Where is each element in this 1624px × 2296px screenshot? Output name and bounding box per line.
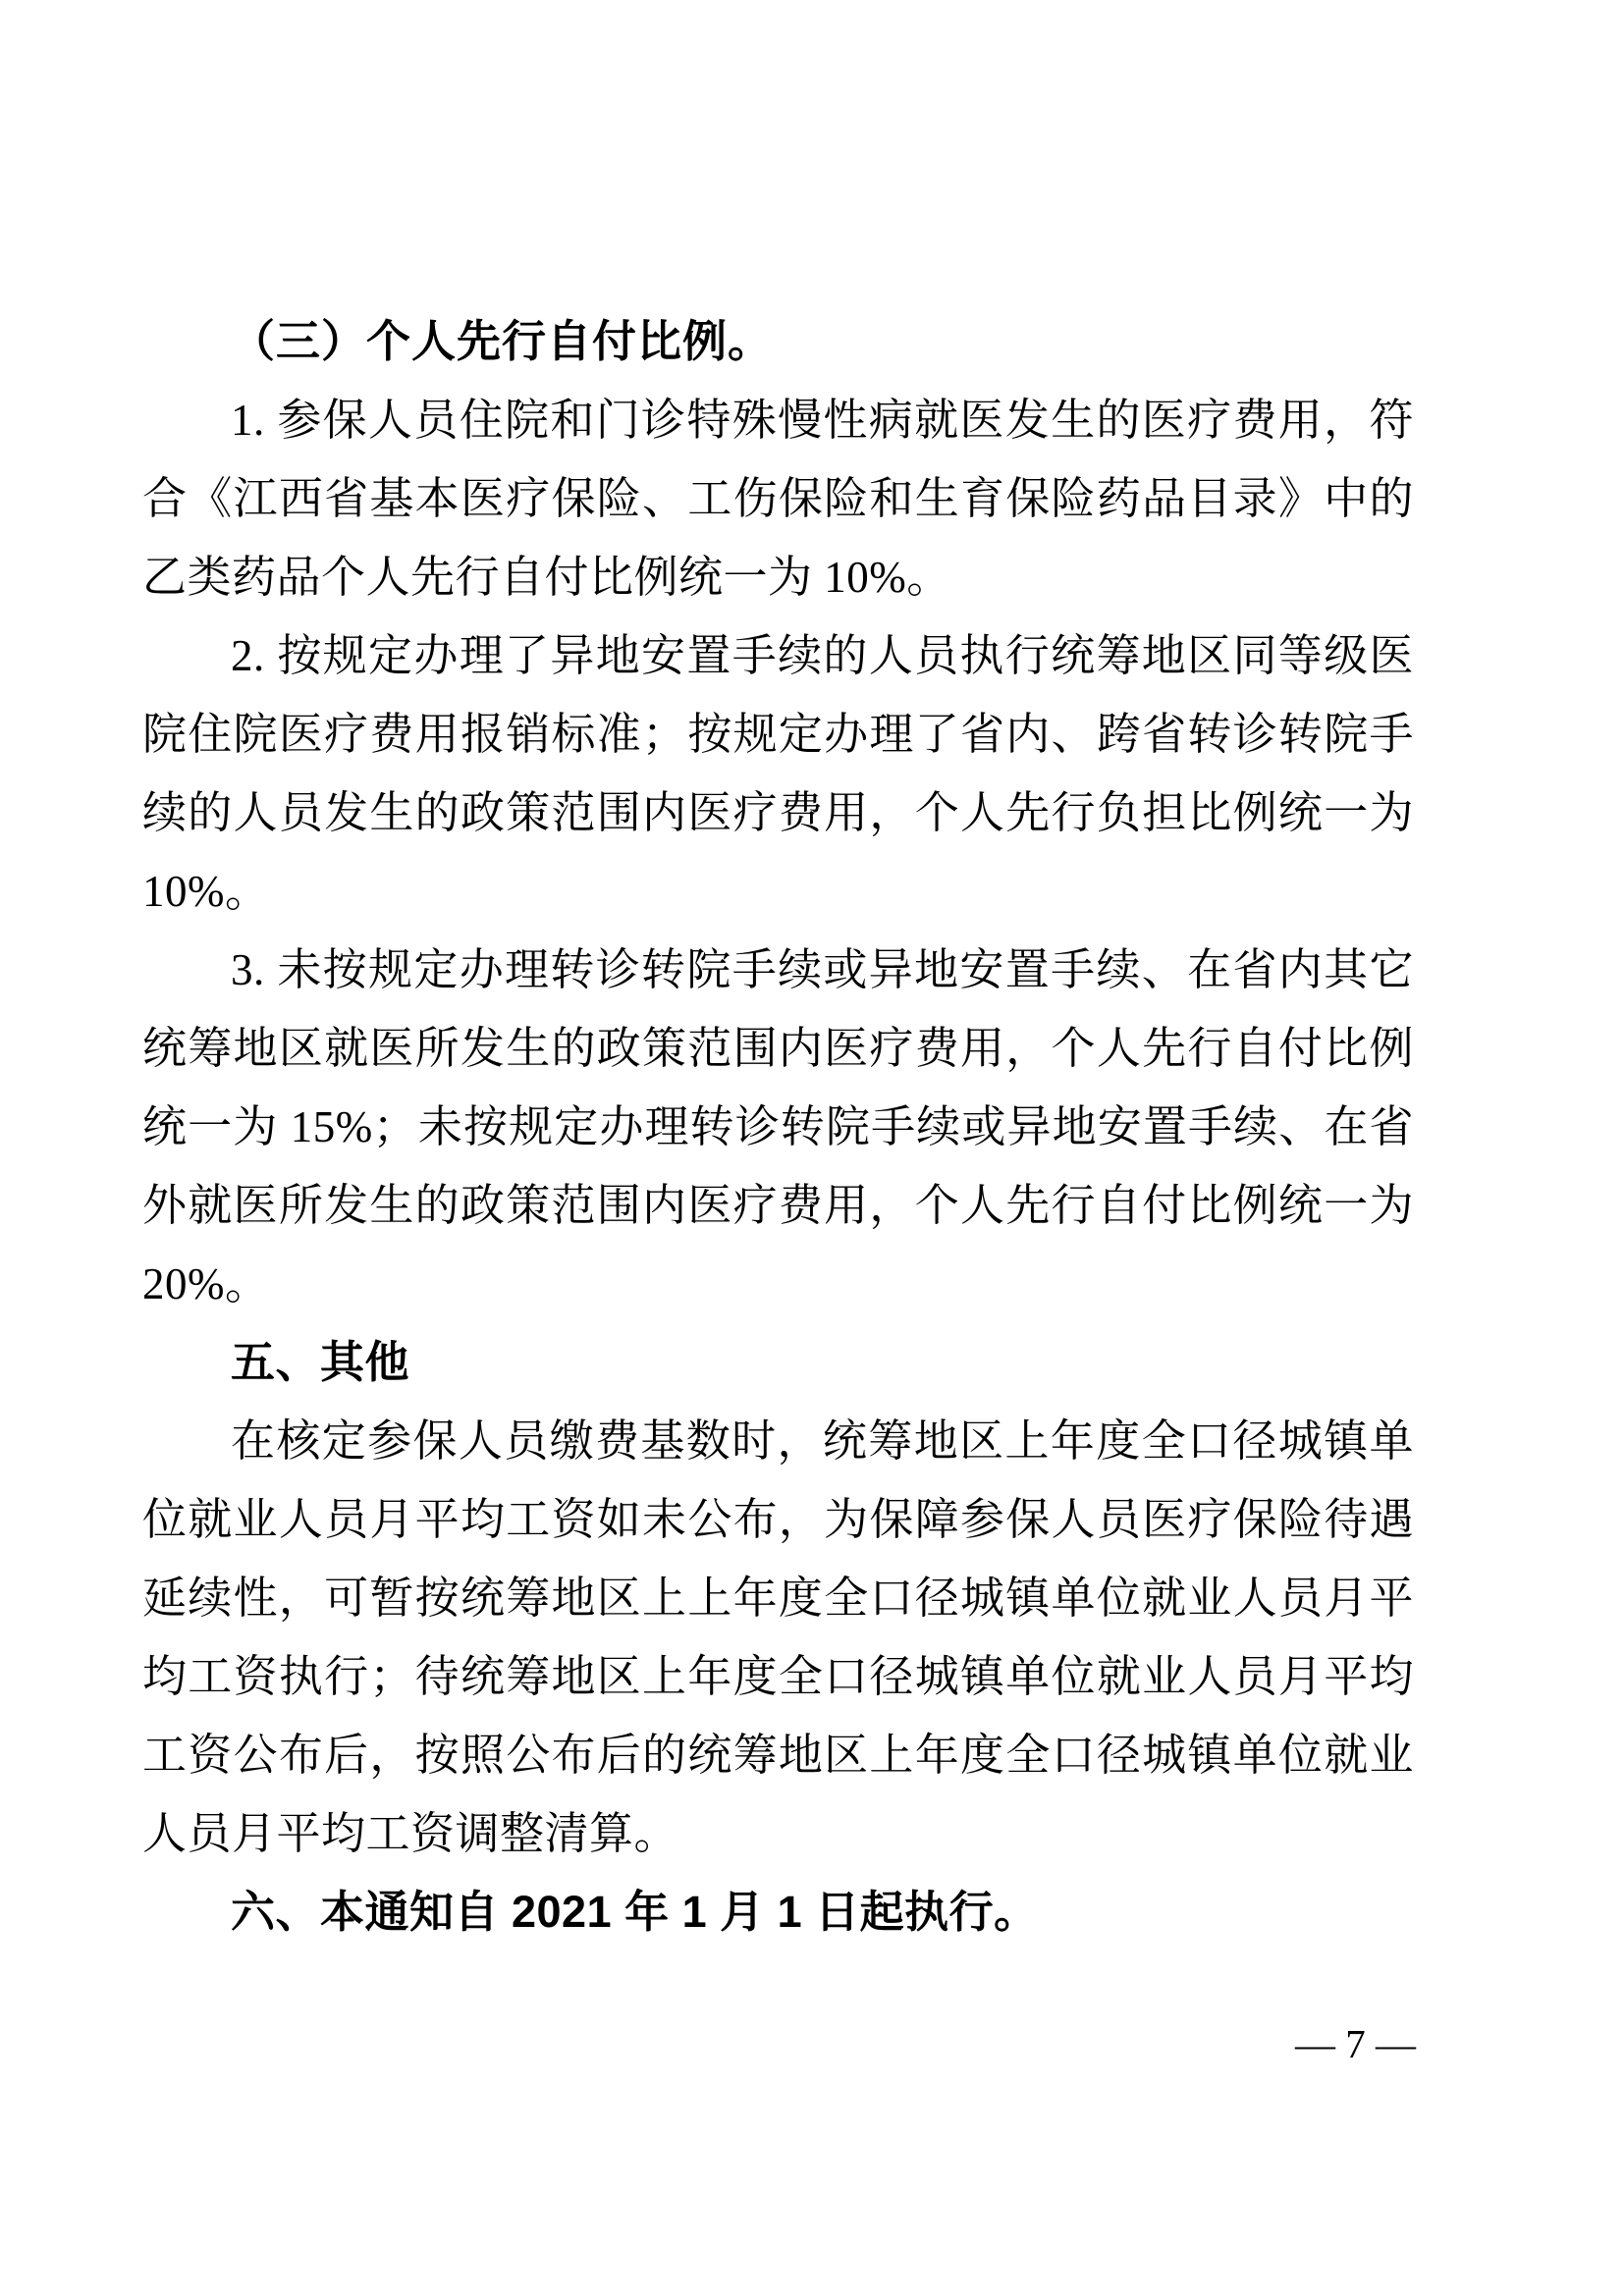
section-heading: （三）个人先行自付比例。	[142, 302, 1414, 381]
paragraph: 3. 未按规定办理转诊转院手续或异地安置手续、在省内其它统筹地区就医所发生的政策…	[142, 931, 1414, 1323]
document-page: （三）个人先行自付比例。1. 参保人员住院和门诊特殊慢性病就医发生的医疗费用，符…	[0, 0, 1624, 2296]
paragraph: 1. 参保人员住院和门诊特殊慢性病就医发生的医疗费用，符合《江西省基本医疗保险、…	[142, 381, 1414, 616]
paragraph: 2. 按规定办理了异地安置手续的人员执行统筹地区同等级医院住院医疗费用报销标准；…	[142, 616, 1414, 931]
section-heading: 五、其他	[142, 1323, 1414, 1402]
paragraph: 在核定参保人员缴费基数时，统筹地区上年度全口径城镇单位就业人员月平均工资如未公布…	[142, 1402, 1414, 1873]
document-body: （三）个人先行自付比例。1. 参保人员住院和门诊特殊慢性病就医发生的医疗费用，符…	[142, 302, 1414, 1951]
page-number: — 7 —	[1295, 2014, 1416, 2073]
section-heading: 六、本通知自 2021 年 1 月 1 日起执行。	[142, 1873, 1414, 1951]
